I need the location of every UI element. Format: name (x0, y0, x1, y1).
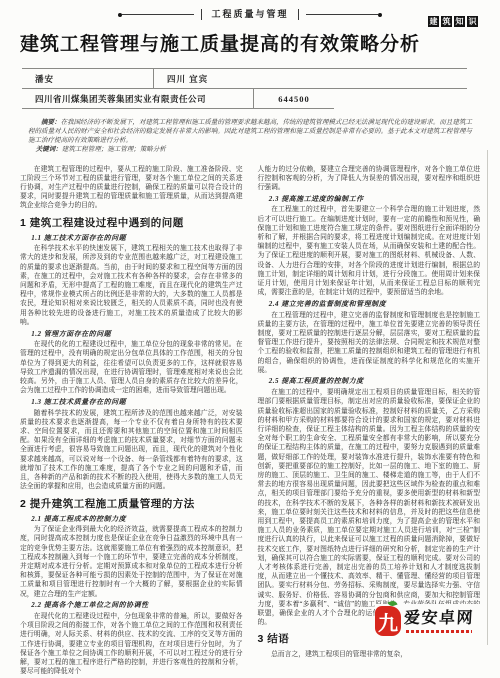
journal-page: 工程质量与管理 建 筑 知 识 建筑工程管理与施工质量提高的有效策略分析 潘安 … (0, 0, 500, 678)
author-name: 潘安 (22, 69, 153, 88)
body-paragraph: 总而言之，建筑工程项目的管理非常的复杂， (258, 650, 481, 659)
subsection-heading: 2.2 提高各个施工单位之间的协调性 (20, 601, 243, 610)
header-dot-right-icon (378, 13, 382, 17)
body-paragraph: 在现代化的工程建设过程中，分包现象非常的普遍，所以，要做好各个项目阶段之间的衔接… (20, 612, 243, 676)
section-heading: 1 建筑工程建设过程中遇到的问题 (20, 217, 243, 230)
subsection-heading: 1.1 施工技术方面存在的问题 (20, 234, 243, 243)
affiliation: 四川省川煤集团芙蓉集团实业有限责任公司 (22, 89, 253, 108)
body-paragraph: 在科学技术水平的快速发展下，建筑工程相关的施工技术也取得了非常大的进步和发展，所… (20, 244, 243, 327)
watermark-brand-wrap: 爱安卓网 (404, 606, 474, 633)
badge-char: 建 (428, 16, 439, 27)
seal-character: 九 (378, 607, 398, 636)
body-paragraph: 在现代的化的工程建设过程中，施工单位分包的现象非常的常见。在管理的过程中，没有明… (20, 340, 243, 395)
header-rule-right (306, 14, 378, 15)
author-location: 四川 宜宾 (153, 69, 467, 88)
site-watermark: 九 爱安卓网 (375, 604, 485, 650)
article-body: 在建筑工程管理的过程中，要从工程的施工阶段、施工准备阶段、完工阶段三个环节对工程… (20, 165, 480, 677)
body-paragraph: 随着科学技术的发展，建筑工程所涉及的范围也越来越广泛，对安装质量的技术要求也逐渐… (20, 409, 243, 492)
byline-row-affiliation: 四川省川煤集团芙蓉集团实业有限责任公司 644500 (22, 89, 334, 109)
body-paragraph: 在工程管理的过程中，建立完善的监督制度和管理制度也是控制施工质量的主要方法，在管… (258, 311, 481, 375)
abstract: 摘要：在我国经济的不断发展下，对建筑工程管理和施工质量的管理要求越来越高，传统的… (28, 118, 472, 145)
postal-code: 644500 (253, 89, 334, 108)
subsection-heading: 2.4 建立完善的监督制度和管理制度 (258, 300, 481, 309)
corner-badge: 建 筑 知 识 (428, 16, 478, 27)
right-column: 人能力的过分依赖，要建立合理完善的协调管理程序，对各个施工单位进行控制和客观的分… (258, 165, 481, 677)
body-paragraph: 在施工的过程中，要明确规定出工程项目的质量管理目标，相关的管理部门要根据质量管理… (258, 388, 481, 627)
badge-char: 筑 (441, 16, 452, 27)
badge-char: 识 (467, 16, 478, 27)
keywords-text: 建筑工程管理；施工管理；策略分析 (62, 146, 166, 153)
keywords-label: 关键词： (36, 146, 62, 153)
subsection-heading: 1.3 施工技术质量存在的问题 (20, 398, 243, 407)
subsection-heading: 1.2 管理方面存在的问题 (20, 330, 243, 339)
keywords: 关键词：建筑工程管理；施工管理；策略分析 (28, 145, 472, 155)
byline-row-author: 潘安 四川 宜宾 (22, 69, 467, 89)
column-tag: 工程质量与管理 (201, 9, 298, 20)
byline-table: 潘安 四川 宜宾 四川省川煤集团芙蓉集团实业有限责任公司 644500 (22, 68, 467, 109)
left-column: 在建筑工程管理的过程中，要从工程的施工阶段、施工准备阶段、完工阶段三个环节对工程… (20, 165, 243, 677)
abstract-text: 在我国经济的不断发展下，对建筑工程管理和施工质量的管理要求越来越高，传统的建筑管… (28, 119, 472, 144)
page-edge-line (487, 150, 488, 645)
subsection-heading: 2.3 提高施工进度的编制工作 (258, 195, 481, 204)
header-rule-left (122, 14, 194, 15)
column-tag-header: 工程质量与管理 (0, 9, 500, 20)
abstract-label: 摘要： (41, 119, 61, 126)
badge-char: 知 (454, 16, 465, 27)
body-paragraph: 在工程施工的过程中，首先要建立一个科学合理的施工计划进度，然后才可以进行施工。在… (258, 205, 481, 297)
watermark-seal-icon: 九 (375, 606, 401, 636)
watermark-brand-text: 爱安卓网 (404, 610, 475, 628)
section-heading: 2 提升建筑工程施工质量管理的方法 (20, 498, 243, 511)
watermark-tagline-line (406, 630, 472, 633)
article-title: 建筑工程管理与施工质量提高的有效策略分析 (20, 33, 480, 57)
subsection-heading: 2.1 提高工程成本的控制力度 (20, 515, 243, 524)
body-paragraph: 为了保证企业得到最大化的经济效益，就需要提高工程成本的控制力度，同时提高成本控制… (20, 525, 243, 599)
body-paragraph: 在建筑工程管理的过程中，要从工程的施工阶段、施工准备阶段、完工阶段三个环节对工程… (20, 165, 243, 211)
subsection-heading: 2.5 提高工程质量的控制力度 (258, 377, 481, 386)
body-paragraph: 人能力的过分依赖，要建立合理完善的协调管理程序，对各个施工单位进行控制和客观的分… (258, 165, 481, 193)
